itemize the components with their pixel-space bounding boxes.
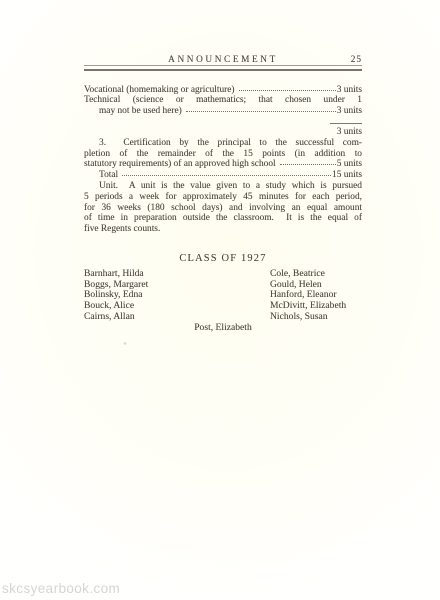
header-rule-top bbox=[84, 65, 362, 66]
line-value: 3 units bbox=[337, 85, 362, 96]
roster-name: Cairns, Allan bbox=[84, 312, 148, 323]
line-value: 15 units bbox=[332, 170, 362, 181]
subtotal-value: 3 units bbox=[337, 127, 362, 137]
line-text: may not be used here) bbox=[99, 106, 182, 117]
line-value: 5 units bbox=[337, 159, 362, 170]
class-roster: Barnhart, HildaBoggs, MargaretBolinsky, … bbox=[84, 269, 362, 323]
certification-paragraph: 3. Certification by the principal to the… bbox=[84, 138, 362, 181]
text-line: five Regents counts. bbox=[84, 224, 362, 235]
text-line: Vocational (homemaking or agriculture)3 … bbox=[84, 85, 362, 96]
text-line: may not be used here)3 units bbox=[84, 106, 362, 117]
line-value: 3 units bbox=[337, 106, 362, 117]
roster-left-column: Barnhart, HildaBoggs, MargaretBolinsky, … bbox=[84, 269, 148, 323]
text-line: of time in preparation outside the class… bbox=[84, 213, 362, 224]
roster-right-column: Cole, BeatriceGould, HelenHanford, Elean… bbox=[270, 269, 346, 323]
text-line: Technical (science or mathematics; that … bbox=[84, 95, 362, 106]
dotted-leader bbox=[239, 90, 336, 91]
text-line: Unit. A unit is the value given to a stu… bbox=[84, 181, 362, 192]
header-rule-bottom bbox=[84, 69, 362, 71]
text-line: statutory requirements) of an approved h… bbox=[84, 159, 362, 170]
watermark-text: skcsyearbook.com bbox=[2, 581, 120, 596]
dotted-leader bbox=[122, 175, 331, 176]
subtotal-line: 3 units bbox=[84, 127, 362, 138]
line-text: Total bbox=[99, 170, 118, 181]
text-line: Total15 units bbox=[84, 170, 362, 181]
roster-centered-name: Post, Elizabeth bbox=[84, 323, 362, 334]
class-heading: CLASS OF 1927 bbox=[84, 253, 362, 265]
scan-speck bbox=[123, 342, 127, 345]
unit-definition-paragraph: Unit. A unit is the value given to a stu… bbox=[84, 181, 362, 235]
book-page: ANNOUNCEMENT 25 Vocational (homemaking o… bbox=[0, 0, 440, 600]
line-text: Vocational (homemaking or agriculture) bbox=[84, 85, 235, 96]
dotted-leader bbox=[186, 111, 336, 112]
text-line: for 36 weeks (180 school days) and invol… bbox=[84, 203, 362, 214]
units-list: Vocational (homemaking or agriculture)3 … bbox=[84, 85, 362, 117]
text-line: pletion of the remainder of the 15 point… bbox=[84, 149, 362, 160]
roster-name: Nichols, Susan bbox=[270, 312, 346, 323]
dotted-leader bbox=[280, 164, 336, 165]
text-line: 5 periods a week for approximately 45 mi… bbox=[84, 192, 362, 203]
text-line: 3. Certification by the principal to the… bbox=[84, 138, 362, 149]
subtotal-rule bbox=[330, 123, 362, 124]
line-text: statutory requirements) of an approved h… bbox=[84, 159, 276, 170]
